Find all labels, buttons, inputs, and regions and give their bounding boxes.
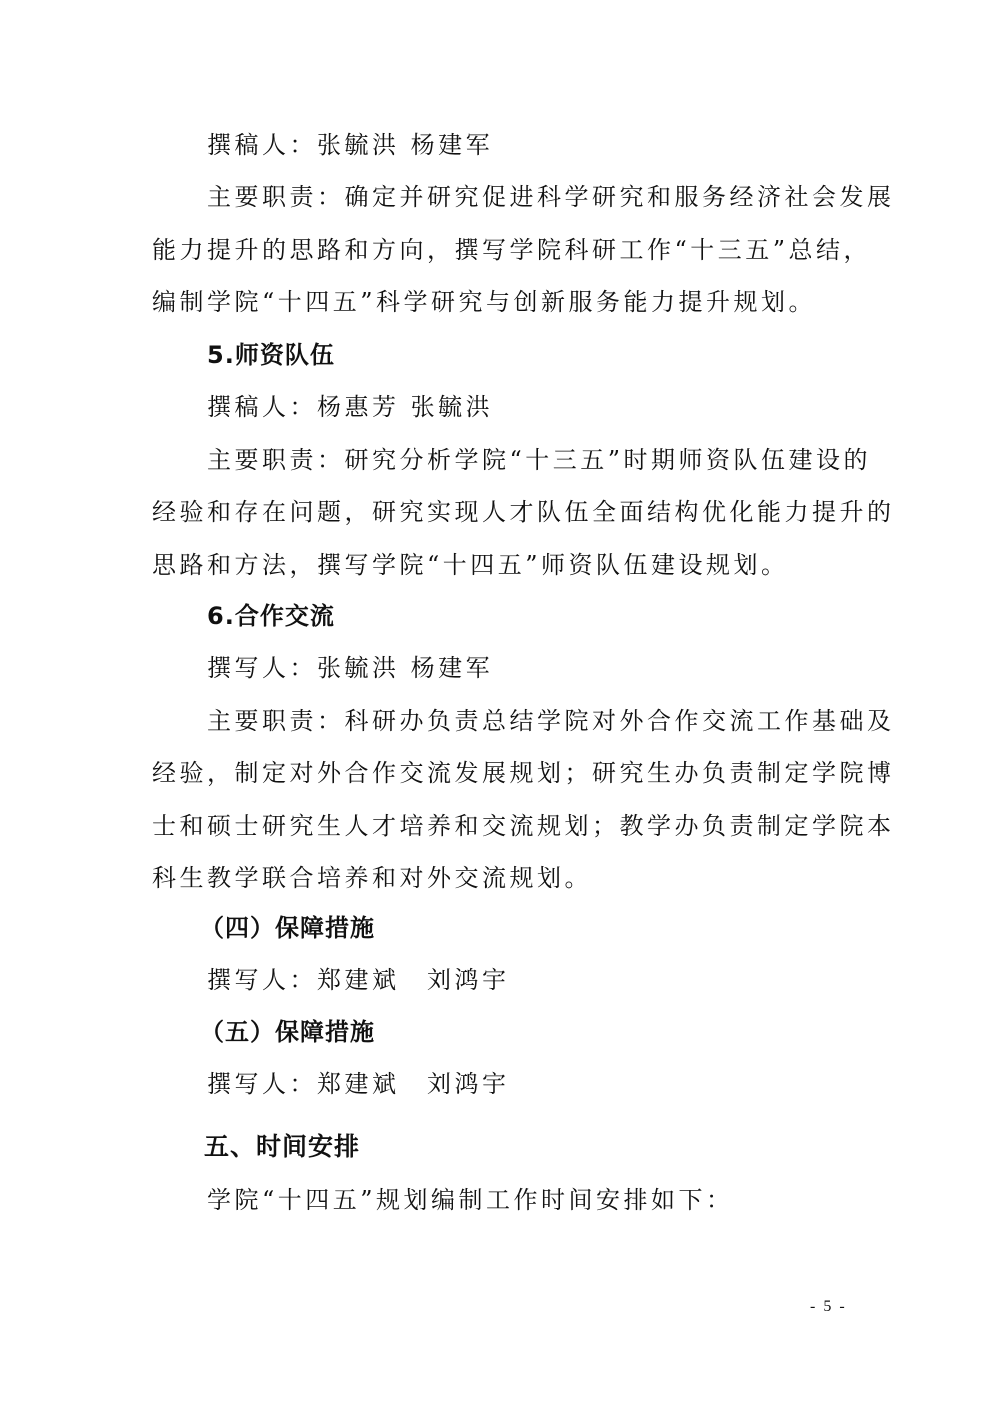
duty-paragraph-faculty-line2: 经验和存在问题，研究实现人才队伍全面结构优化能力提升的: [152, 498, 895, 526]
duty-paragraph-faculty: 主要职责：研究分析学院“十三五”时期师资队伍建设的: [207, 446, 871, 474]
author-line-safeguards-4: 撰写人：郑建斌 刘鸿宇: [207, 966, 510, 994]
duty-paragraph-cooperation-line3: 士和硕士研究生人才培养和交流规划；教学办负责制定学院本: [152, 812, 895, 840]
page-number: - 5 -: [810, 1298, 847, 1316]
duty-paragraph-cooperation: 主要职责：科研办负责总结学院对外合作交流工作基础及: [207, 707, 895, 735]
author-line-cooperation: 撰写人：张毓洪 杨建军: [207, 654, 493, 682]
author-line-research: 撰稿人：张毓洪 杨建军: [207, 131, 493, 159]
duty-paragraph-cooperation-line2: 经验，制定对外合作交流发展规划；研究生办负责制定学院博: [152, 759, 895, 787]
duty-paragraph-research: 主要职责：确定并研究促进科学研究和服务经济社会发展: [207, 183, 895, 211]
duty-paragraph-cooperation-line4: 科生教学联合培养和对外交流规划。: [152, 864, 592, 892]
duty-paragraph-research-line2: 能力提升的思路和方向，撰写学院科研工作“十三五”总结，: [152, 236, 871, 264]
section-heading-safeguards-4: （四）保障措施: [200, 914, 375, 942]
chapter-heading-schedule: 五、时间安排: [204, 1133, 360, 1161]
section-heading-faculty: 5.师资队伍: [207, 341, 335, 369]
section-heading-safeguards-5: （五）保障措施: [200, 1018, 375, 1046]
author-line-faculty: 撰稿人：杨惠芳 张毓洪: [207, 393, 493, 421]
duty-paragraph-research-line3: 编制学院“十四五”科学研究与创新服务能力提升规划。: [152, 288, 816, 316]
schedule-intro-paragraph: 学院“十四五”规划编制工作时间安排如下：: [207, 1186, 734, 1214]
duty-paragraph-faculty-line3: 思路和方法，撰写学院“十四五”师资队伍建设规划。: [152, 551, 789, 579]
section-heading-cooperation: 6.合作交流: [207, 602, 335, 630]
author-line-safeguards-5: 撰写人：郑建斌 刘鸿宇: [207, 1070, 510, 1098]
